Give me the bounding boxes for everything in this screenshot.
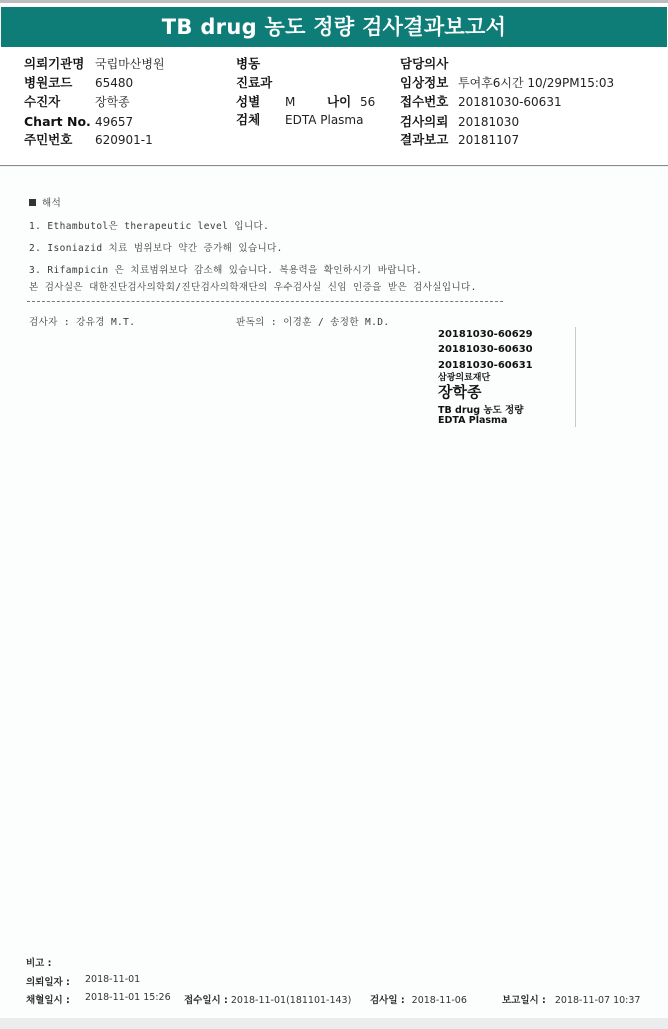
field-resident-no: 주민번호 620901-1 [24, 133, 72, 147]
field-value: 장학종 [95, 95, 130, 109]
field-report-date: 결과보고 20181107 [400, 133, 448, 147]
field-label: 담당의사 [400, 56, 448, 71]
test-date-value: 2018-11-06 [412, 995, 467, 1006]
field-age: 나이 56 [327, 95, 351, 109]
examiner: 검사자 : 강유경 M.T. [29, 314, 135, 328]
request-date: 의뢰일자 : 2018-11-01 [26, 974, 70, 988]
interpretation-line-3: 3. Rifampicin 은 치료범위보다 감소해 있습니다. 복용력을 확인… [29, 262, 422, 276]
field-value: 65480 [95, 76, 133, 90]
field-label: 성별 [236, 94, 260, 109]
field-label: 나이 [327, 94, 351, 109]
field-value: 투여후6시간 10/29PM15:03 [458, 76, 614, 90]
field-value: 620901-1 [95, 133, 153, 147]
field-specimen: 검체 EDTA Plasma [236, 113, 260, 127]
report-datetime: 보고일시 : 2018-11-07 10:37 [502, 992, 640, 1006]
certification-note: 본 검사실은 대한진단검사의학회/진단검사의학재단의 우수검사실 신임 인증을 … [29, 279, 477, 293]
field-department: 진료과 [236, 76, 272, 90]
field-institution: 의뢰기관명 국립마산병원 [24, 57, 84, 71]
collection-value: 2018-11-01 15:26 [85, 992, 171, 1003]
report-header: TB drug 농도 정량 검사결과보고서 의뢰기관명 국립마산병원 병원코드 … [0, 3, 668, 166]
interpretation-line-1: 1. Ethambutol은 therapeutic level 입니다. [29, 218, 269, 232]
receipt-datetime: 접수일시 : 2018-11-01(181101-143) [184, 992, 351, 1006]
field-label: 병동 [236, 56, 260, 71]
reviewer: 판독의 : 이경훈 / 송정한 M.D. [236, 314, 390, 328]
report-label: 보고일시 : [502, 995, 546, 1006]
field-receipt-no: 접수번호 20181030-60631 [400, 95, 448, 109]
field-value: M [285, 95, 295, 109]
field-hospital-code: 병원코드 65480 [24, 76, 72, 90]
field-label: 임상정보 [400, 75, 448, 90]
sticker-patient: 장학종 [438, 381, 481, 402]
field-label: 병원코드 [24, 75, 72, 90]
field-label: 수진자 [24, 94, 60, 109]
collection-label: 채혈일시 : [26, 995, 70, 1006]
field-value: 49657 [95, 115, 133, 129]
sticker-number-2: 20181030-60630 [438, 344, 533, 355]
field-ward: 병동 [236, 57, 260, 71]
receipt-value: 2018-11-01(181101-143) [231, 995, 351, 1006]
sticker-edge [575, 327, 576, 427]
field-request-date: 검사의뢰 20181030 [400, 115, 448, 129]
field-value: 56 [360, 95, 375, 109]
sticker-number-1: 20181030-60629 [438, 329, 533, 340]
field-value: 20181107 [458, 133, 519, 147]
field-sex: 성별 M [236, 95, 260, 109]
field-label: 주민번호 [24, 132, 72, 147]
remark-label: 비고 : [26, 958, 51, 969]
field-value: 국립마산병원 [95, 57, 165, 71]
heading-text: 해석 [42, 198, 61, 209]
report-title: TB drug 농도 정량 검사결과보고서 [1, 7, 667, 47]
field-value: EDTA Plasma [285, 113, 363, 127]
interpretation-heading: 해석 [29, 195, 61, 209]
field-value: 20181030-60631 [458, 95, 562, 109]
request-date-value: 2018-11-01 [85, 974, 140, 985]
report-value: 2018-11-07 10:37 [555, 995, 641, 1006]
field-chart-no: Chart No. 49657 [24, 115, 91, 129]
receipt-label: 접수일시 : [184, 995, 228, 1006]
test-date: 검사일 : 2018-11-06 [370, 992, 467, 1006]
field-doctor: 담당의사 [400, 57, 448, 71]
scanned-result-image: 해석 1. Ethambutol은 therapeutic level 입니다.… [0, 167, 668, 1018]
dashed-divider [27, 301, 503, 302]
field-label: 진료과 [236, 75, 272, 90]
field-label: 결과보고 [400, 132, 448, 147]
field-clinical-info: 임상정보 투여후6시간 10/29PM15:03 [400, 76, 448, 90]
field-patient-name: 수진자 장학종 [24, 95, 60, 109]
sticker-specimen: EDTA Plasma [438, 415, 507, 426]
field-label: Chart No. [24, 114, 91, 129]
bottom-strip [0, 1018, 668, 1029]
field-label: 접수번호 [400, 94, 448, 109]
sticker-test: TB drug 농도 정량 [438, 402, 523, 416]
field-label: 검체 [236, 112, 260, 127]
interpretation-line-2: 2. Isoniazid 치료 범위보다 약간 증가해 있습니다. [29, 240, 283, 254]
test-date-label: 검사일 : [370, 995, 405, 1006]
square-bullet-icon [29, 199, 36, 206]
request-date-label: 의뢰일자 : [26, 977, 70, 988]
field-label: 의뢰기관명 [24, 56, 84, 71]
field-label: 검사의뢰 [400, 114, 448, 129]
remark: 비고 : [26, 955, 51, 969]
collection-datetime: 채혈일시 : 2018-11-01 15:26 [26, 992, 70, 1006]
field-value: 20181030 [458, 115, 519, 129]
